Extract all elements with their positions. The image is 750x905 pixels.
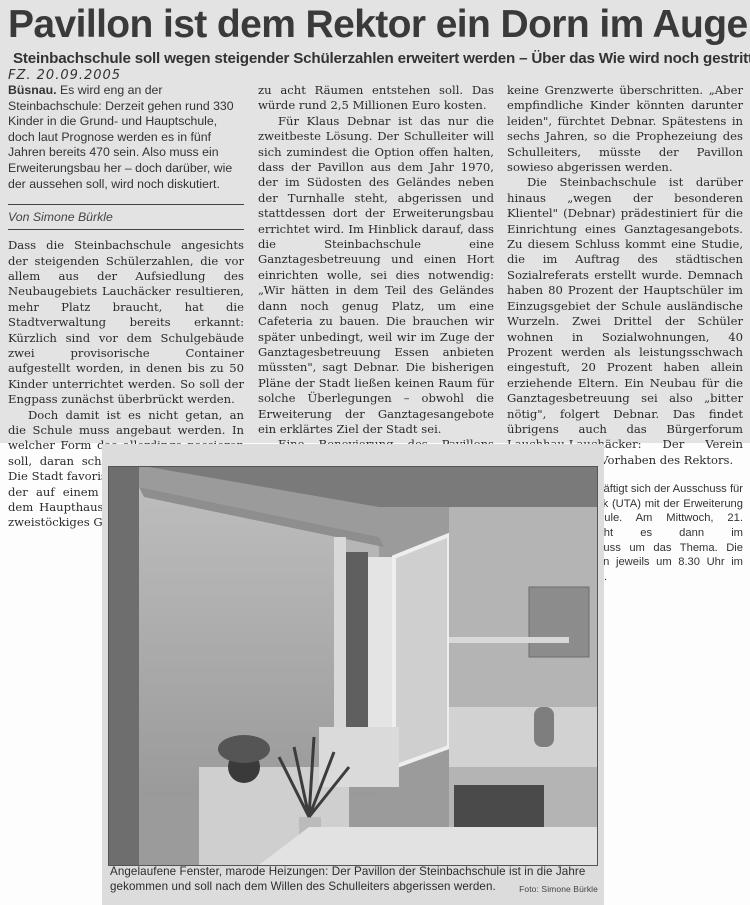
handwritten-date-note: FZ. 20.09.2005 <box>8 68 121 84</box>
photo-caption: Angelaufene Fenster, marode Heizungen: D… <box>110 864 598 897</box>
lead-paragraph: Büsnau. Es wird eng an der Steinbachschu… <box>8 83 244 192</box>
classroom-photo <box>108 466 598 866</box>
body-paragraph: Die Steinbachschule ist darüber hinaus „… <box>507 175 743 468</box>
body-paragraph: Für Klaus Debnar ist das nur die zweitbe… <box>258 114 494 438</box>
subheadline: Steinbachschule soll wegen steigender Sc… <box>13 50 748 68</box>
body-paragraph: keine Grenzwerte überschritten. „Aber em… <box>507 83 743 175</box>
lead-text: Es wird eng an der Steinbachschule: Derz… <box>8 83 234 191</box>
photo-illustration <box>109 467 597 865</box>
caption-text: Angelaufene Fenster, marode Heizungen: D… <box>110 865 585 893</box>
dateline: Büsnau. <box>8 83 57 97</box>
headline: Pavillon ist dem Rektor ein Dorn im Auge <box>8 2 748 48</box>
body-paragraph: zu acht Räumen entstehen soll. Das würde… <box>258 83 494 114</box>
body-paragraph: Dass die Steinbachschule angesichts der … <box>8 238 244 407</box>
byline: Von Simone Bürkle <box>8 205 244 229</box>
byline-rule-bottom <box>8 229 244 230</box>
photo-credit: Foto: Simone Bürkle <box>519 882 598 897</box>
